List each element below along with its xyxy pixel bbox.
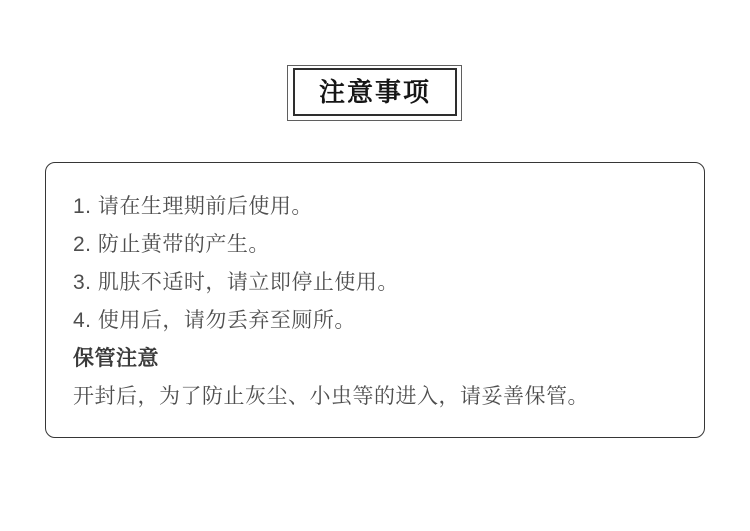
notice-item-3: 3. 肌肤不适时，请立即停止使用。 <box>73 264 677 302</box>
section-title-text: 注意事项 <box>319 77 431 107</box>
section-title-frame: 注意事项 <box>293 68 457 116</box>
notice-card: 1. 请在生理期前后使用。 2. 防止黄带的产生。 3. 肌肤不适时，请立即停止… <box>45 162 705 438</box>
storage-note: 开封后，为了防止灰尘、小虫等的进入，请妥善保管。 <box>73 378 677 416</box>
notice-item-1: 1. 请在生理期前后使用。 <box>73 188 677 226</box>
section-title: 注意事项 <box>293 68 457 116</box>
page: { "page": { "background": "#ffffff" }, "… <box>0 0 750 531</box>
notice-item-2: 2. 防止黄带的产生。 <box>73 226 677 264</box>
notice-item-4: 4. 使用后，请勿丢弃至厕所。 <box>73 302 677 340</box>
storage-heading: 保管注意 <box>73 340 677 378</box>
